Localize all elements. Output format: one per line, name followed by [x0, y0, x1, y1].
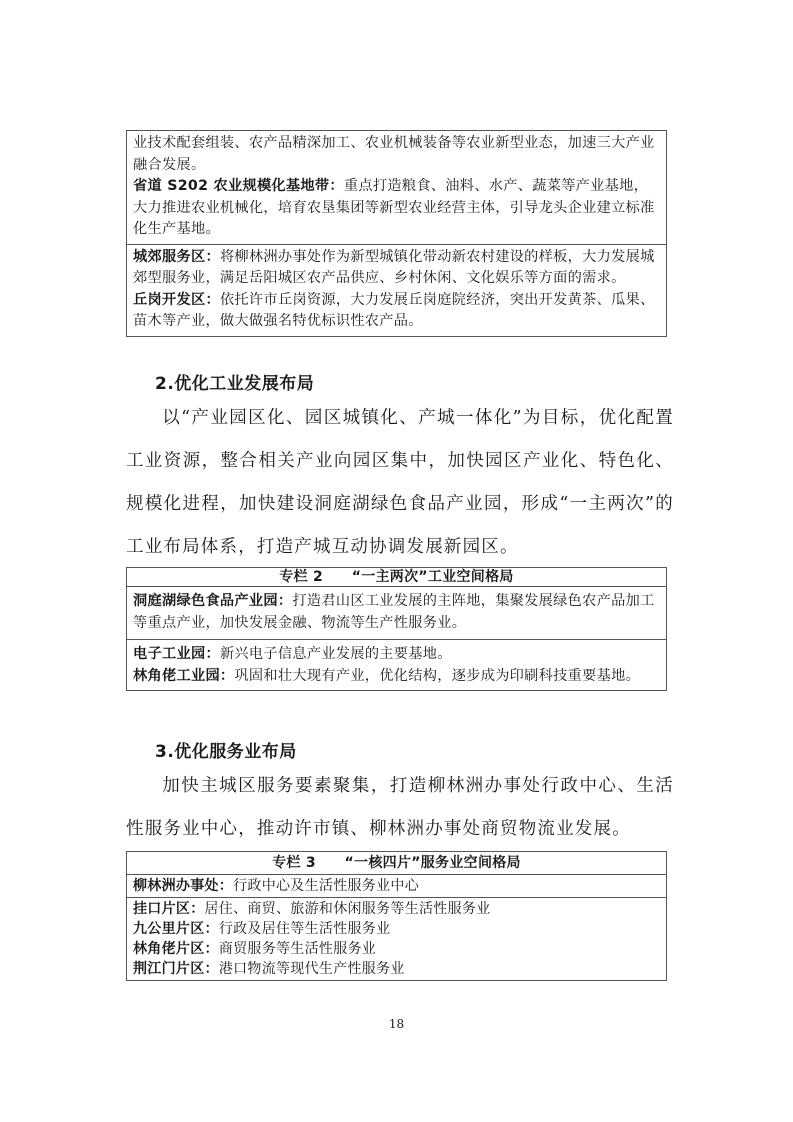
box3-title: 专栏 3 “一核四片”服务业空间格局	[127, 852, 666, 874]
box2-title: 专栏 2 “一主两次”工业空间格局	[127, 568, 666, 586]
term-hill-development-zone: 丘岗开发区：	[133, 292, 220, 308]
term-dongting-food-park: 洞庭湖绿色食品产业园：	[133, 593, 292, 609]
box3-row-1: 柳林洲办事处：行政中心及生活性服务业中心	[127, 874, 666, 897]
column-box-1: 业技术配套组装、农产品精深加工、农业机械装备等农业新型业态，加速三大产业融合发展…	[126, 130, 667, 337]
section-2-heading: 2.优化工业发展布局	[155, 369, 314, 394]
box1-row1-line1: 业技术配套组装、农产品精深加工、农业机械装备等农业新型业态，加速三大产业融合发展…	[133, 133, 660, 176]
section-3-paragraph: 加快主城区服务要素聚集，打造柳林洲办事处行政中心、生活性服务业中心，推动许市镇、…	[126, 765, 674, 851]
term-linjiaolao-area: 林角佬片区：	[133, 941, 219, 957]
term-liulinzhou-office: 柳林洲办事处：	[133, 878, 233, 894]
section-2-paragraph: 以“产业园区化、园区城镇化、产城一体化”为目标，优化配置工业资源，整合相关产业向…	[126, 397, 674, 569]
term-jingjiangmen-area: 荆江门片区：	[133, 961, 219, 977]
box3-row-2: 挂口片区：居住、商贸、旅游和休闲服务等生活性服务业 九公里片区：行政及居住等生活…	[127, 897, 666, 980]
page-number: 18	[0, 1017, 793, 1031]
box1-row-2: 城郊服务区：将柳林洲办事处作为新型城镇化带动新农村建设的样板，大力发展城郊型服务…	[127, 244, 666, 336]
box1-row1-line2: 省道 S202 农业规模化基地带：重点打造粮食、油料、水产、蔬菜等产业基地，大力…	[133, 176, 660, 241]
term-linjiaolao-park: 林角佬工业园：	[133, 668, 234, 684]
term-jiugongli-area: 九公里片区：	[133, 921, 219, 937]
column-box-3: 专栏 3 “一核四片”服务业空间格局 柳林洲办事处：行政中心及生活性服务业中心 …	[126, 851, 667, 981]
box1-row-1: 业技术配套组装、农产品精深加工、农业机械装备等农业新型业态，加速三大产业融合发展…	[127, 131, 666, 244]
box2-row-2: 电子工业园：新兴电子信息产业发展的主要基地。 林角佬工业园：巩固和壮大现有产业，…	[127, 639, 666, 690]
term-electronics-park: 电子工业园：	[133, 646, 220, 662]
box2-row-1: 洞庭湖绿色食品产业园：打造君山区工业发展的主阵地，集聚发展绿色农产品加工等重点产…	[127, 586, 666, 639]
term-guakou-area: 挂口片区：	[133, 901, 205, 917]
section-3-heading: 3.优化服务业布局	[155, 737, 297, 762]
term-suburban-service-zone: 城郊服务区：	[133, 249, 220, 265]
term-s202: 省道 S202 农业规模化基地带：	[133, 178, 344, 194]
box1-row2-line1: 城郊服务区：将柳林洲办事处作为新型城镇化带动新农村建设的样板，大力发展城郊型服务…	[133, 247, 660, 290]
column-box-2: 专栏 2 “一主两次”工业空间格局 洞庭湖绿色食品产业园：打造君山区工业发展的主…	[126, 567, 667, 691]
box1-row2-line2: 丘岗开发区：依托许市丘岗资源，大力发展丘岗庭院经济，突出开发黄茶、瓜果、苗木等产…	[133, 290, 660, 333]
